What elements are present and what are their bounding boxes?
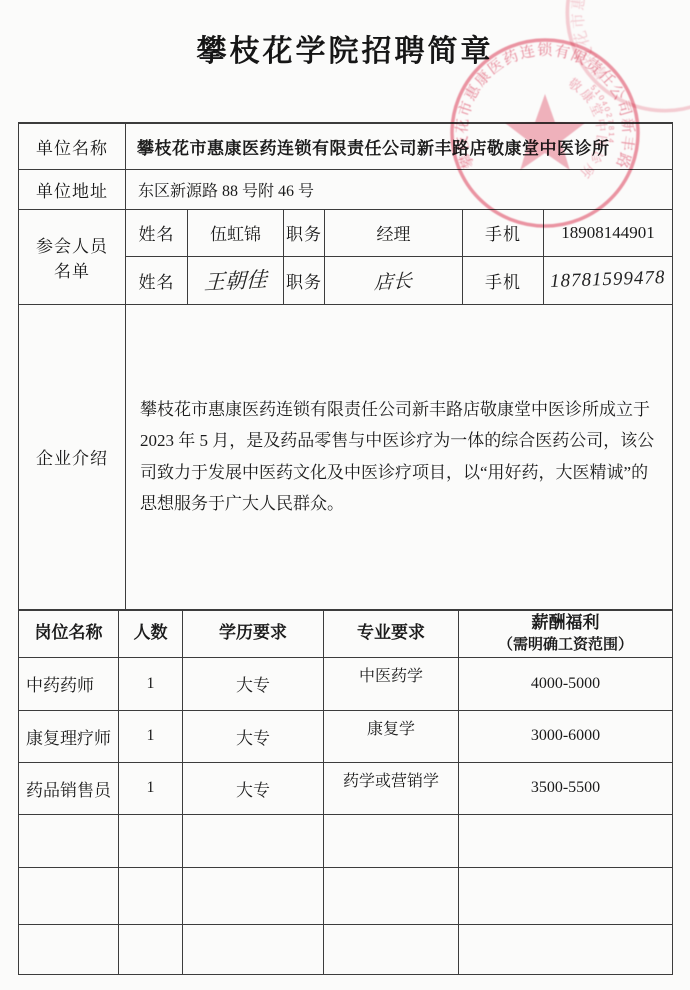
empty-cell [183, 924, 324, 974]
name-label-1: 姓名 [126, 209, 188, 256]
job-count-3: 1 [119, 762, 183, 814]
job-position-1: 中药药师 [19, 657, 119, 710]
unit-name-value: 攀枝花市惠康医药连锁有限责任公司新丰路店敬康堂中医诊所 [126, 123, 673, 169]
jobs-table: 岗位名称 人数 学历要求 专业要求 薪酬福利 （需明确工资范围） 中药药师 1 … [18, 610, 673, 975]
empty-cell [459, 814, 673, 867]
empty-cell [324, 867, 459, 924]
phone-label-1: 手机 [463, 209, 544, 256]
attendees-label-line2: 名单 [19, 257, 125, 282]
empty-cell [19, 814, 119, 867]
col-salary: 薪酬福利 （需明确工资范围） [459, 610, 673, 657]
intro-text: 攀枝花市惠康医药连锁有限责任公司新丰路店敬康堂中医诊所成立于 2023 年 5 … [140, 394, 658, 520]
job-position-2: 康复理疗师 [19, 710, 119, 762]
title-label-1: 职务 [284, 209, 325, 256]
name-value-2-handwritten: 王朝佳 [188, 256, 284, 304]
jobs-header-row: 岗位名称 人数 学历要求 专业要求 薪酬福利 （需明确工资范围） [19, 610, 673, 657]
empty-row-1 [19, 814, 673, 867]
job-major-3: 药学或营销学 [324, 762, 459, 814]
handwritten-phone: 18781599478 [550, 267, 666, 293]
attendee-row-1: 参会人员 名单 姓名 伍虹锦 职务 经理 手机 18908144901 [19, 209, 673, 256]
col-count: 人数 [119, 610, 183, 657]
unit-info-table: 单位名称 攀枝花市惠康医药连锁有限责任公司新丰路店敬康堂中医诊所 单位地址 东区… [18, 122, 673, 610]
job-count-2: 1 [119, 710, 183, 762]
unit-address-value: 东区新源路 88 号附 46 号 [126, 169, 673, 209]
job-salary-3: 3500-5500 [459, 762, 673, 814]
title-value-2-handwritten: 店长 [325, 256, 463, 304]
empty-cell [19, 924, 119, 974]
handwritten-title: 店长 [374, 265, 413, 294]
col-major: 专业要求 [324, 610, 459, 657]
job-education-3: 大专 [183, 762, 324, 814]
col-salary-line2: （需明确工资范围） [459, 635, 672, 655]
handwritten-name: 王朝佳 [204, 263, 268, 296]
job-salary-2: 3000-6000 [459, 710, 673, 762]
job-education-1: 大专 [183, 657, 324, 710]
unit-name-label: 单位名称 [19, 123, 126, 169]
empty-cell [459, 867, 673, 924]
job-row-3: 药品销售员 1 大专 药学或营销学 3500-5500 [19, 762, 673, 814]
empty-cell [119, 924, 183, 974]
name-label-2: 姓名 [126, 256, 188, 304]
attendees-label-line1: 参会人员 [19, 232, 125, 257]
job-education-2: 大专 [183, 710, 324, 762]
col-salary-line1: 薪酬福利 [459, 612, 672, 635]
intro-row: 企业介绍 攀枝花市惠康医药连锁有限责任公司新丰路店敬康堂中医诊所成立于 2023… [19, 304, 673, 609]
job-major-1: 中医药学 [324, 657, 459, 710]
phone-label-2: 手机 [463, 256, 544, 304]
phone-value-2-handwritten: 18781599478 [544, 256, 673, 304]
col-position: 岗位名称 [19, 610, 119, 657]
empty-cell [459, 924, 673, 974]
attendees-label: 参会人员 名单 [19, 209, 126, 304]
job-major-2: 康复学 [324, 710, 459, 762]
empty-cell [119, 867, 183, 924]
empty-row-2 [19, 867, 673, 924]
unit-address-row: 单位地址 东区新源路 88 号附 46 号 [19, 169, 673, 209]
col-education: 学历要求 [183, 610, 324, 657]
empty-cell [183, 867, 324, 924]
empty-cell [324, 924, 459, 974]
job-row-1: 中药药师 1 大专 中医药学 4000-5000 [19, 657, 673, 710]
empty-cell [324, 814, 459, 867]
phone-value-1: 18908144901 [544, 209, 673, 256]
empty-cell [119, 814, 183, 867]
job-position-3: 药品销售员 [19, 762, 119, 814]
title-label-2: 职务 [284, 256, 325, 304]
title-value-1: 经理 [325, 209, 463, 256]
empty-row-3 [19, 924, 673, 974]
unit-address-label: 单位地址 [19, 169, 126, 209]
job-salary-1: 4000-5000 [459, 657, 673, 710]
job-row-2: 康复理疗师 1 大专 康复学 3000-6000 [19, 710, 673, 762]
recruitment-form: 单位名称 攀枝花市惠康医药连锁有限责任公司新丰路店敬康堂中医诊所 单位地址 东区… [18, 122, 672, 975]
name-value-1: 伍虹锦 [188, 209, 284, 256]
empty-cell [19, 867, 119, 924]
page-title: 攀枝花学院招聘简章 [0, 26, 690, 70]
intro-label: 企业介绍 [19, 304, 126, 609]
job-count-1: 1 [119, 657, 183, 710]
unit-name-row: 单位名称 攀枝花市惠康医药连锁有限责任公司新丰路店敬康堂中医诊所 [19, 123, 673, 169]
secondary-seal-ring [538, 0, 690, 140]
intro-cell: 攀枝花市惠康医药连锁有限责任公司新丰路店敬康堂中医诊所成立于 2023 年 5 … [126, 304, 673, 609]
empty-cell [183, 814, 324, 867]
